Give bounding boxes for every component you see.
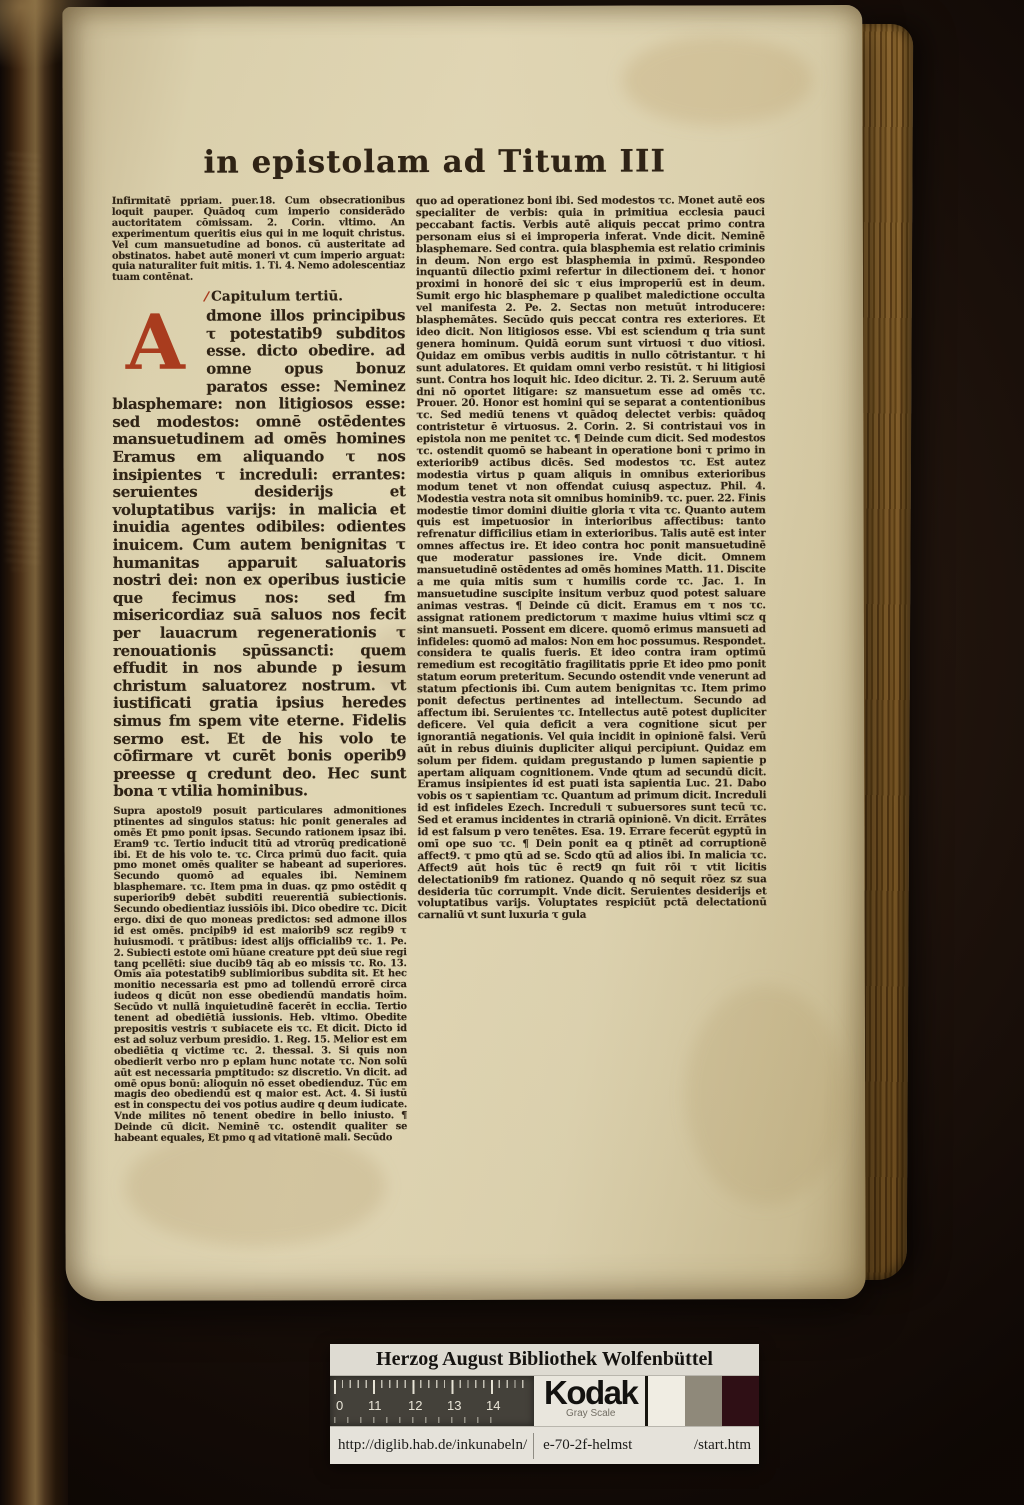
lemma-block: Admone illos principibus τ potestatib9 s… [112, 307, 406, 800]
running-title: in epistolam ad Titum III [191, 143, 679, 180]
right-column-text: quo ad operationez boni ibi. Sed modesto… [416, 195, 767, 922]
library-name: Herzog August Bibliothek Wolfenbüttel [330, 1344, 759, 1376]
ruler-number: 12 [408, 1398, 422, 1413]
start-path: /start.htm [694, 1437, 751, 1454]
photo-background: { "page": { "header_title": "in epistola… [0, 0, 1024, 1505]
commentary-text: Supra apostol9 posuit particulares admon… [113, 806, 407, 1145]
ruler-ticks-minor [334, 1417, 494, 1423]
rubricated-initial: A [112, 310, 198, 380]
ruler-number: 11 [368, 1398, 382, 1413]
left-column: Infirmitatē ppriam. puer.18. Cum obsecra… [112, 196, 407, 1145]
rubric-stroke: / [202, 288, 211, 307]
spine-showthrough-smudge [6, 150, 40, 570]
plate-caption-row: http://diglib.hab.de/inkunabeln/ e-70-2f… [330, 1426, 759, 1464]
gray-scale-patch-mid [685, 1376, 722, 1426]
chapter-heading-text: Capitulum tertiū. [211, 289, 343, 305]
ruler-number: 0 [336, 1398, 343, 1413]
page-stain [622, 35, 812, 125]
right-column: quo ad operationez boni ibi. Sed modesto… [416, 195, 767, 922]
kodak-logo: Kodak [544, 1376, 645, 1410]
gray-scale-row: 0 11 12 13 14 Kodak Gray Scale [330, 1376, 759, 1426]
ruler-number: 14 [486, 1398, 500, 1413]
ruler: 0 11 12 13 14 [330, 1376, 534, 1426]
book-leaf: in epistolam ad Titum III Infirmitatē pp… [62, 5, 865, 1301]
ruler-ticks [334, 1380, 530, 1394]
gray-scale-patches [645, 1376, 759, 1426]
shelfmark: e-70-2f-helmst [543, 1437, 632, 1454]
page-stain [685, 985, 846, 1205]
ruler-number: 13 [447, 1398, 461, 1413]
library-label-plate: Herzog August Bibliothek Wolfenbüttel 0 … [330, 1344, 759, 1464]
kodak-cell: Kodak Gray Scale [534, 1376, 645, 1426]
caption-divider [533, 1433, 534, 1459]
intro-note: Infirmitatē ppriam. puer.18. Cum obsecra… [112, 196, 405, 284]
gray-scale-patch-light [648, 1376, 685, 1426]
gray-scale-patch-dark [722, 1376, 759, 1426]
digitization-url: http://diglib.hab.de/inkunabeln/ [338, 1437, 527, 1454]
